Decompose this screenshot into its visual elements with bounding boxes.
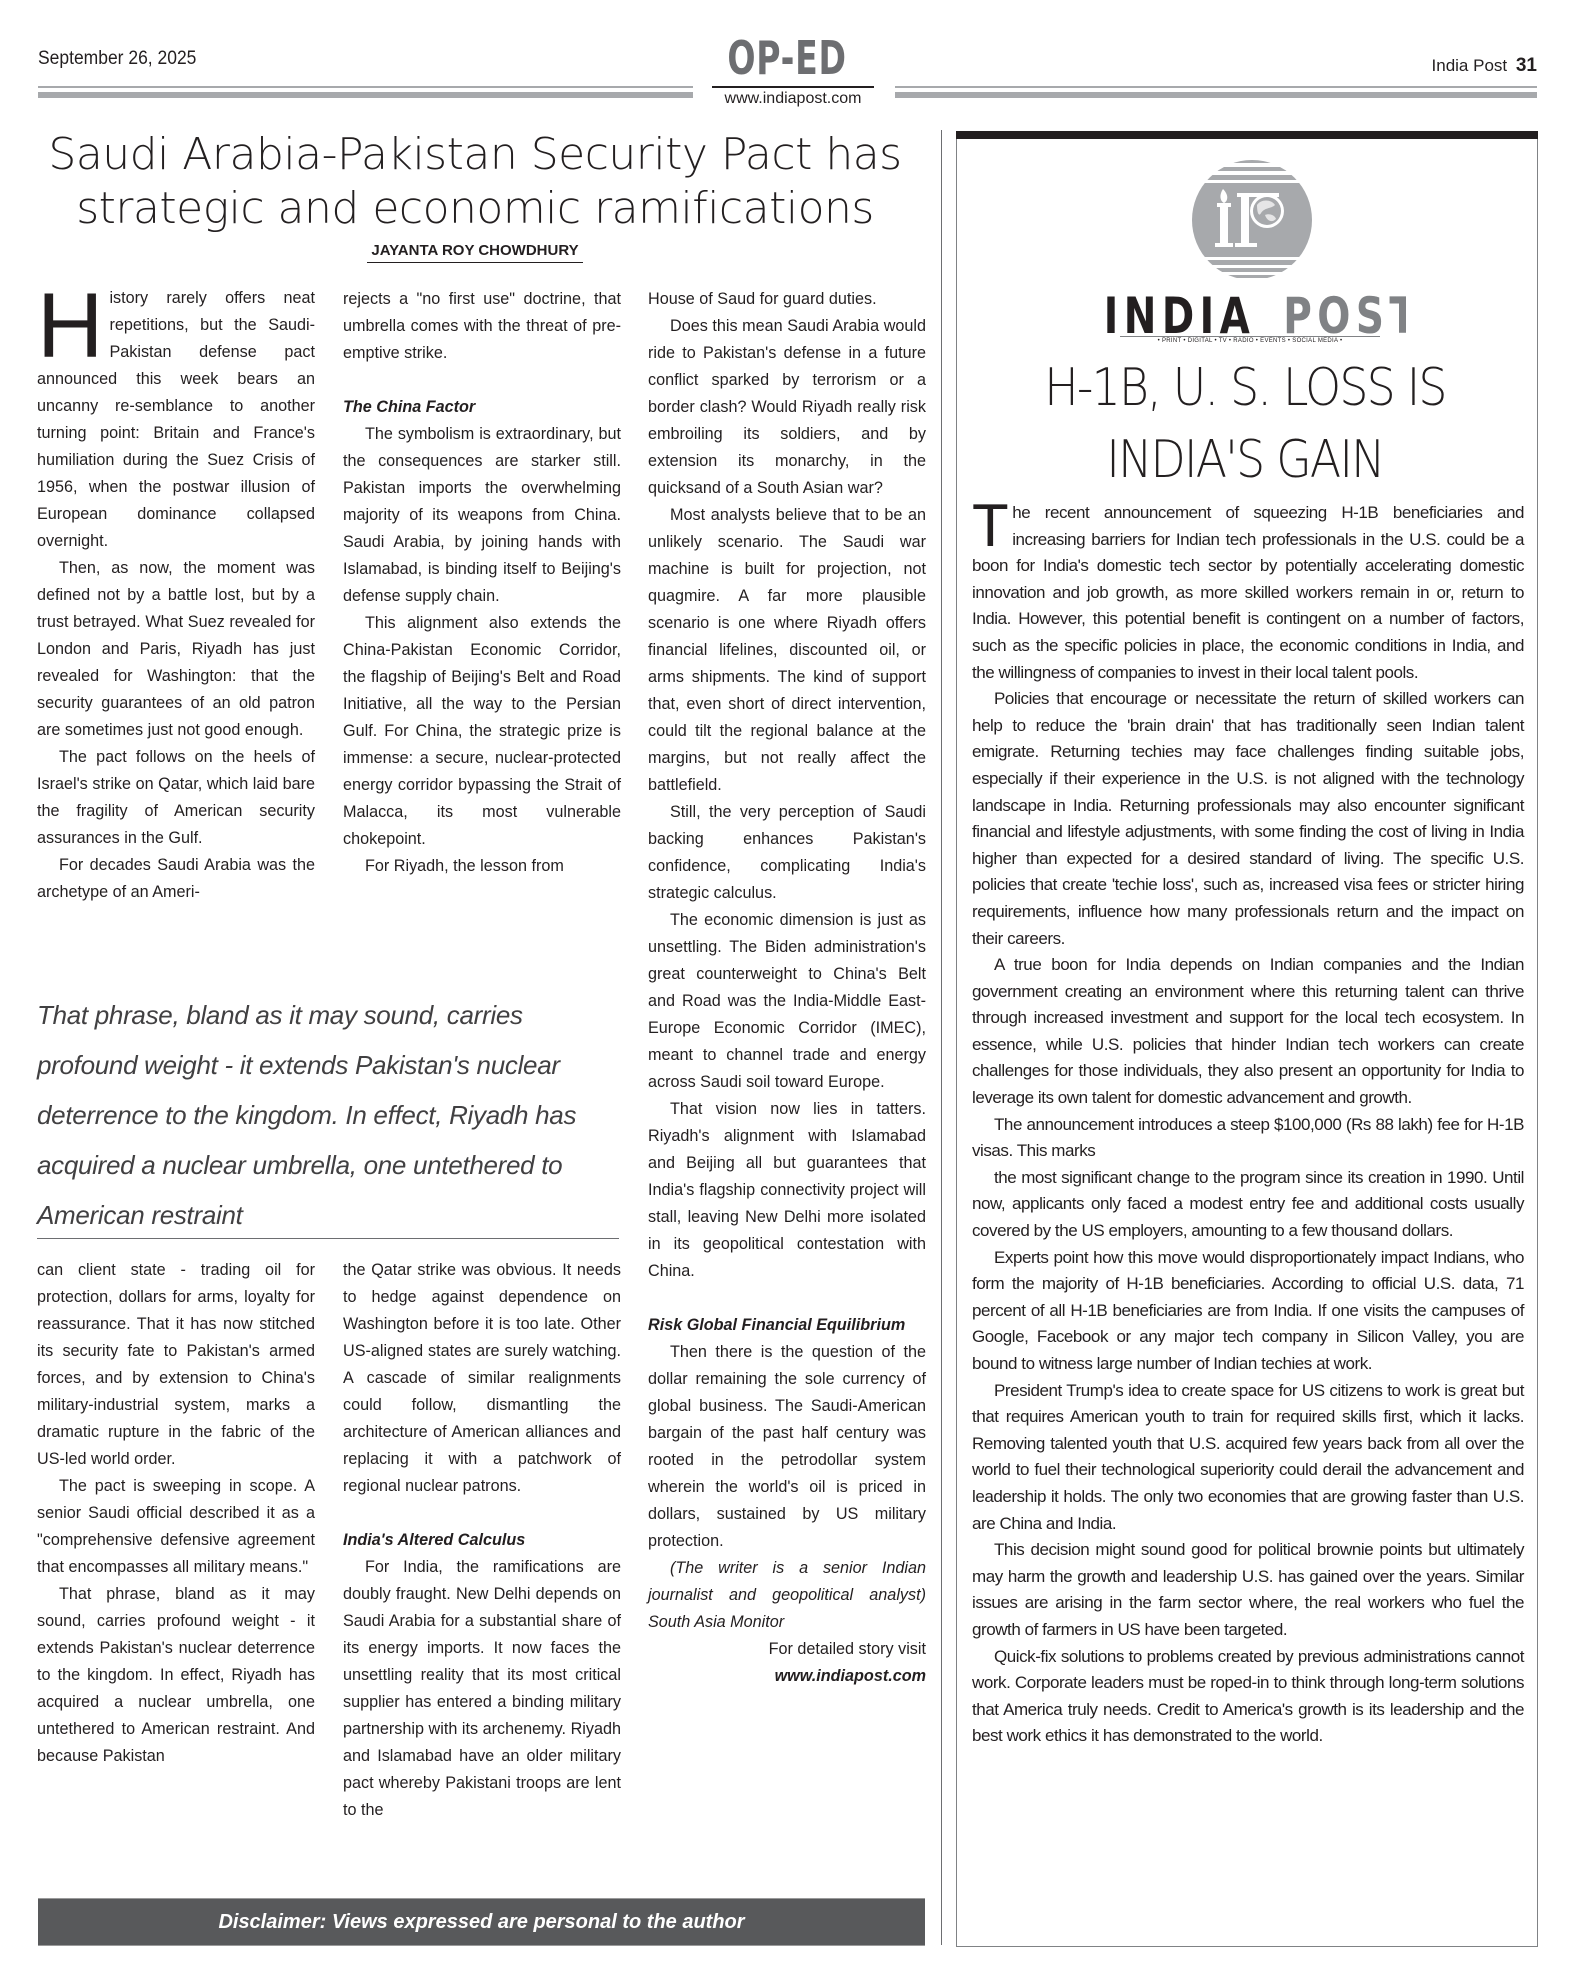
paragraph: A true boon for India depends on Indian … (972, 952, 1524, 1112)
article-column-2-bottom: the Qatar strike was obvious. It needs t… (343, 1257, 621, 1824)
article-column-1-top: H istory rarely offers neat repetitions,… (37, 285, 315, 955)
disclaimer-bar: Disclaimer: Views expressed are personal… (38, 1898, 925, 1946)
author-name: JAYANTA ROY CHOWDHURY (367, 242, 582, 263)
paragraph: That phrase, bland as it may sound, carr… (37, 1581, 315, 1770)
paragraph: can client state - trading oil for prote… (37, 1257, 315, 1473)
pull-quote: That phrase, bland as it may sound, carr… (37, 990, 627, 1240)
paragraph: The economic dimension is just as unsett… (648, 907, 926, 1096)
article-column-2-top: rejects a "no first use" doctrine, that … (343, 286, 621, 956)
india-post-emblem-icon (1187, 155, 1317, 285)
paragraph: President Trump's idea to create space f… (972, 1378, 1524, 1538)
paragraph: the most significant change to the progr… (972, 1165, 1524, 1245)
drop-cap: T (972, 502, 1008, 550)
subheading-china-factor: The China Factor (343, 394, 621, 421)
paragraph: The announcement introduces a steep $100… (972, 1112, 1524, 1165)
paragraph: Then, as now, the moment was defined not… (37, 555, 315, 744)
column-divider (941, 130, 942, 1945)
paragraph: Most analysts believe that to be an unli… (648, 502, 926, 799)
detailed-story-label: For detailed story visit (648, 1636, 926, 1663)
paragraph: That vision now lies in tatters. Riyadh'… (648, 1096, 926, 1285)
paragraph: Policies that encourage or necessitate t… (972, 686, 1524, 952)
paragraph: the Qatar strike was obvious. It needs t… (343, 1257, 621, 1500)
sidebar-headline-line-1: H-1B, U. S. LOSS IS (994, 352, 1496, 424)
logo-tagline: • PRINT • DIGITAL • TV • RADIO • EVENTS … (1120, 336, 1380, 344)
article-column-1-bottom: can client state - trading oil for prote… (37, 1257, 315, 1770)
article-column-3: House of Saud for guard duties. Does thi… (648, 286, 926, 1690)
masthead-rule-right-thin (895, 86, 1537, 88)
headline-line-1: Saudi Arabia-Pakistan Security Pact has (30, 128, 920, 182)
paragraph: For India, the ramifications are doubly … (343, 1554, 621, 1824)
paragraph: House of Saud for guard duties. (648, 286, 926, 313)
pull-quote-rule (37, 1238, 619, 1239)
paragraph: The symbolism is extraordinary, but the … (343, 421, 621, 610)
drop-cap: H (37, 289, 103, 363)
paragraph: he recent announcement of squeezing H-1B… (972, 500, 1524, 686)
sidebar-headline: H-1B, U. S. LOSS IS INDIA'S GAIN (994, 352, 1496, 496)
masthead-rule-left-thin (38, 86, 693, 88)
url-rule (712, 86, 874, 88)
wordmark-india: INDIA (1104, 286, 1255, 341)
sidebar-article-body: T he recent announcement of squeezing H-… (972, 500, 1524, 1750)
subheading-risk-global-financial: Risk Global Financial Equilibrium (648, 1312, 926, 1339)
paragraph: The pact follows on the heels of Israel'… (37, 744, 315, 852)
headline-line-2: strategic and economic ramifications (30, 182, 920, 236)
byline: JAYANTA ROY CHOWDHURY (30, 242, 920, 259)
article-headline: Saudi Arabia-Pakistan Security Pact has … (30, 128, 920, 236)
paragraph: Does this mean Saudi Arabia would ride t… (648, 313, 926, 502)
masthead-rule-right-thick (895, 92, 1537, 98)
paragraph: Then there is the question of the dollar… (648, 1339, 926, 1555)
paragraph: This alignment also extends the China-Pa… (343, 610, 621, 853)
page-label: India Post 31 (1432, 55, 1537, 77)
paragraph: For Riyadh, the lesson from (343, 853, 621, 880)
issue-date: September 26, 2025 (38, 48, 196, 70)
subheading-india-altered-calculus: India's Altered Calculus (343, 1527, 621, 1554)
detailed-story-link[interactable]: www.indiapost.com (648, 1663, 926, 1690)
paragraph: rejects a "no first use" doctrine, that … (343, 286, 621, 367)
sidebar-headline-line-2: INDIA'S GAIN (994, 424, 1496, 496)
sidebar-box-top-bar (956, 131, 1538, 139)
page-number: 31 (1516, 55, 1537, 76)
paragraph: Still, the very perception of Saudi back… (648, 799, 926, 907)
paragraph: Quick-fix solutions to problems created … (972, 1644, 1524, 1750)
section-title: OP-ED (723, 34, 851, 82)
wordmark-post: POST (1283, 286, 1406, 341)
masthead-rule-left-thick (38, 92, 693, 98)
paragraph: The pact is sweeping in scope. A senior … (37, 1473, 315, 1581)
publication-name: India Post (1432, 56, 1508, 75)
writer-note: (The writer is a senior Indian journalis… (648, 1555, 926, 1636)
site-url-link[interactable]: www.indiapost.com (700, 90, 886, 108)
india-post-wordmark: INDIA POST (1096, 285, 1406, 341)
paragraph: For decades Saudi Arabia was the archety… (37, 852, 315, 906)
paragraph: This decision might sound good for polit… (972, 1537, 1524, 1643)
paragraph: Experts point how this move would dispro… (972, 1245, 1524, 1378)
